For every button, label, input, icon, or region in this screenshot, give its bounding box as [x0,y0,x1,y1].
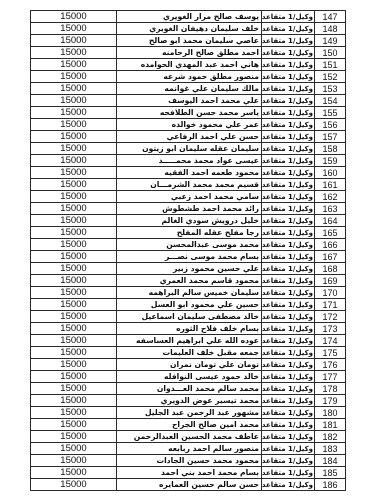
amount-cell: 15000 [31,107,117,119]
rank-cell: وكيل/1 متقاعد [262,95,315,107]
table-row: 15000 خليل درويش سودي الغالم وكيل/1 متقا… [31,215,346,227]
amount-cell: 15000 [31,179,117,191]
rank-cell: وكيل/1 متقاعد [262,191,315,203]
rank-cell: وكيل/1 متقاعد [262,419,315,431]
row-number-cell: 150 [315,47,346,59]
amount-cell: 15000 [31,95,117,107]
rank-cell: وكيل/1 متقاعد [262,455,315,467]
name-cell: تومان علي تومان نمران [117,359,262,371]
amount-cell: 15000 [31,419,117,431]
table-row: 15000 خلف سليمان دهيفان الغويري وكيل/1 م… [31,23,346,35]
amount-cell: 15000 [31,203,117,215]
name-cell: حسن علي احمد الرفاعي [117,131,262,143]
table-row: 15000 منصور مطلق حمود شرعه وكيل/1 متقاعد… [31,71,346,83]
amount-cell: 15000 [31,323,117,335]
rank-cell: وكيل/1 متقاعد [262,383,315,395]
row-number-cell: 186 [315,479,346,491]
table-row: 15000 محمود محمد حسين الجادات وكيل/1 متق… [31,455,346,467]
rank-cell: وكيل/1 متقاعد [262,167,315,179]
rank-cell: وكيل/1 متقاعد [262,479,315,491]
name-cell: محمد تيسير عوض الدويري [117,395,262,407]
amount-cell: 15000 [31,347,117,359]
rank-cell: وكيل/1 متقاعد [262,299,315,311]
row-number-cell: 181 [315,419,346,431]
name-cell: حسين علي محمود ابو العسل [117,299,262,311]
row-number-cell: 167 [315,251,346,263]
amount-cell: 15000 [31,287,117,299]
rank-cell: وكيل/1 متقاعد [262,155,315,167]
table-row: 15000 منصور سالم احمد ربابعه وكيل/1 متقا… [31,443,346,455]
row-number-cell: 172 [315,311,346,323]
table-row: 15000 رجا مفلح عقله المفلح وكيل/1 متقاعد… [31,227,346,239]
row-number-cell: 185 [315,467,346,479]
name-cell: سليمان عقله سليمان ابو زيتون [117,143,262,155]
rank-cell: وكيل/1 متقاعد [262,323,315,335]
rank-cell: وكيل/1 متقاعد [262,359,315,371]
row-number-cell: 156 [315,119,346,131]
table-row: 15000 بسام محمد احمد بني احمد وكيل/1 متق… [31,467,346,479]
table-row: 15000 علي محمد احمد اليوسف وكيل/1 متقاعد… [31,95,346,107]
name-cell: مالك سليمان علي غوانمه [117,83,262,95]
amount-cell: 15000 [31,479,117,491]
row-number-cell: 151 [315,59,346,71]
table-row: 15000 خالد مصطفى سليمان اسماعيل وكيل/1 م… [31,311,346,323]
amount-cell: 15000 [31,275,117,287]
rank-cell: وكيل/1 متقاعد [262,203,315,215]
rank-cell: وكيل/1 متقاعد [262,215,315,227]
table-row: 15000 علي حسين محمود زبير وكيل/1 متقاعد … [31,263,346,275]
rank-cell: وكيل/1 متقاعد [262,131,315,143]
row-number-cell: 178 [315,383,346,395]
table-row: 15000 احمد مطلق صالح الرحامنه وكيل/1 متق… [31,47,346,59]
row-number-cell: 152 [315,71,346,83]
amount-cell: 15000 [31,443,117,455]
row-number-cell: 163 [315,203,346,215]
row-number-cell: 177 [315,371,346,383]
name-cell: سامي محمد احمد زعبي [117,191,262,203]
table-row: 15000 رائد محمد احمد طشطوش وكيل/1 متقاعد… [31,203,346,215]
table-row: 15000 عيسى عواد محمد محمـــــد وكيل/1 مت… [31,155,346,167]
row-number-cell: 147 [315,11,346,23]
rank-cell: وكيل/1 متقاعد [262,35,315,47]
rank-cell: وكيل/1 متقاعد [262,11,315,23]
amount-cell: 15000 [31,11,117,23]
rank-cell: وكيل/1 متقاعد [262,59,315,71]
rank-cell: وكيل/1 متقاعد [262,143,315,155]
rank-cell: وكيل/1 متقاعد [262,227,315,239]
row-number-cell: 184 [315,455,346,467]
rank-cell: وكيل/1 متقاعد [262,263,315,275]
row-number-cell: 183 [315,443,346,455]
amount-cell: 15000 [31,395,117,407]
table-row: 15000 حسن سالم حسين العمايره وكيل/1 متقا… [31,479,346,491]
name-cell: منصور سالم احمد ربابعه [117,443,262,455]
table-row: 15000 يوسف صالح مرار الغويري وكيل/1 متقا… [31,11,346,23]
table-row: 15000 تومان علي تومان نمران وكيل/1 متقاع… [31,359,346,371]
amount-cell: 15000 [31,215,117,227]
amount-cell: 15000 [31,59,117,71]
rank-cell: وكيل/1 متقاعد [262,431,315,443]
rank-cell: وكيل/1 متقاعد [262,239,315,251]
table-row: 15000 محمد سالم محمد العـــدوان وكيل/1 م… [31,383,346,395]
rank-cell: وكيل/1 متقاعد [262,47,315,59]
rank-cell: وكيل/1 متقاعد [262,179,315,191]
table-row: 15000 سليمان خميس سالم البراهمه وكيل/1 م… [31,287,346,299]
table-row: 15000 محمد امين صالح الجراح وكيل/1 متقاع… [31,419,346,431]
name-cell: خلف سليمان دهيفان الغويري [117,23,262,35]
retirees-table: 15000 يوسف صالح مرار الغويري وكيل/1 متقا… [30,10,346,491]
name-cell: مشهور عبد الرحمن عبد الجليل [117,407,262,419]
table-row: 15000 محمود قاسم محمد العمري وكيل/1 متقا… [31,275,346,287]
row-number-cell: 175 [315,347,346,359]
table-row: 15000 محمد موسى عبدالمحسن وكيل/1 متقاعد … [31,239,346,251]
amount-cell: 15000 [31,359,117,371]
amount-cell: 15000 [31,407,117,419]
table-row: 15000 سامي محمد احمد زعبي وكيل/1 متقاعد … [31,191,346,203]
amount-cell: 15000 [31,371,117,383]
amount-cell: 15000 [31,383,117,395]
amount-cell: 15000 [31,83,117,95]
row-number-cell: 148 [315,23,346,35]
name-cell: بسام محمد موسى نصـــر [117,251,262,263]
table-row: 15000 ياسر محمد حسن الطلافحه وكيل/1 متقا… [31,107,346,119]
table-row: 15000 مالك سليمان علي غوانمه وكيل/1 متقا… [31,83,346,95]
row-number-cell: 153 [315,83,346,95]
amount-cell: 15000 [31,47,117,59]
table-row: 15000 حسن علي احمد الرفاعي وكيل/1 متقاعد… [31,131,346,143]
row-number-cell: 149 [315,35,346,47]
amount-cell: 15000 [31,119,117,131]
amount-cell: 15000 [31,143,117,155]
table-row: 15000 بسام محمد موسى نصـــر وكيل/1 متقاع… [31,251,346,263]
name-cell: سليمان خميس سالم البراهمه [117,287,262,299]
rank-cell: وكيل/1 متقاعد [262,335,315,347]
name-cell: بسام محمد احمد بني احمد [117,467,262,479]
row-number-cell: 170 [315,287,346,299]
name-cell: علي محمد احمد اليوسف [117,95,262,107]
name-cell: رائد محمد احمد طشطوش [117,203,262,215]
rank-cell: وكيل/1 متقاعد [262,443,315,455]
table-row: 15000 جمعه مقبل خلف العليمات وكيل/1 متقا… [31,347,346,359]
amount-cell: 15000 [31,467,117,479]
table-row: 15000 حسين علي محمود ابو العسل وكيل/1 مت… [31,299,346,311]
amount-cell: 15000 [31,299,117,311]
row-number-cell: 166 [315,239,346,251]
row-number-cell: 171 [315,299,346,311]
name-cell: قسيم محمد محمد الشرمـــان [117,179,262,191]
name-cell: بسام خلف فلاح الثوره [117,323,262,335]
name-cell: جمعه مقبل خلف العليمات [117,347,262,359]
amount-cell: 15000 [31,455,117,467]
table-row: 15000 سليمان عقله سليمان ابو زيتون وكيل/… [31,143,346,155]
name-cell: محمود قاسم محمد العمري [117,275,262,287]
amount-cell: 15000 [31,155,117,167]
table-row: 15000 محمود طعمه احمد الفقيه وكيل/1 متقا… [31,167,346,179]
rank-cell: وكيل/1 متقاعد [262,407,315,419]
name-cell: خالد مصطفى سليمان اسماعيل [117,311,262,323]
amount-cell: 15000 [31,263,117,275]
table-row: 15000 قسيم محمد محمد الشرمـــان وكيل/1 م… [31,179,346,191]
amount-cell: 15000 [31,131,117,143]
row-number-cell: 174 [315,335,346,347]
table-row: 15000 عاطف محمد الحسين العبدالرحمن وكيل/… [31,431,346,443]
row-number-cell: 154 [315,95,346,107]
row-number-cell: 164 [315,215,346,227]
amount-cell: 15000 [31,71,117,83]
rank-cell: وكيل/1 متقاعد [262,395,315,407]
amount-cell: 15000 [31,431,117,443]
table-row: 15000 بسام خلف فلاح الثوره وكيل/1 متقاعد… [31,323,346,335]
name-cell: يوسف صالح مرار الغويري [117,11,262,23]
name-cell: خالد حمود عيسى النوافله [117,371,262,383]
rank-cell: وكيل/1 متقاعد [262,251,315,263]
name-cell: محمود محمد حسين الجادات [117,455,262,467]
table-row: 15000 هاني احمد عبد المهدي الحوامده وكيل… [31,59,346,71]
rank-cell: وكيل/1 متقاعد [262,311,315,323]
amount-cell: 15000 [31,335,117,347]
name-cell: عمر علي محمود خوالده [117,119,262,131]
amount-cell: 15000 [31,23,117,35]
row-number-cell: 157 [315,131,346,143]
amount-cell: 15000 [31,167,117,179]
row-number-cell: 179 [315,395,346,407]
amount-cell: 15000 [31,227,117,239]
table-row: 15000 محمد تيسير عوض الدويري وكيل/1 متقا… [31,395,346,407]
table-row: 15000 عوده الله علي ابراهيم العساسفه وكي… [31,335,346,347]
name-cell: منصور مطلق حمود شرعه [117,71,262,83]
rank-cell: وكيل/1 متقاعد [262,107,315,119]
rank-cell: وكيل/1 متقاعد [262,467,315,479]
amount-cell: 15000 [31,239,117,251]
name-cell: هاني احمد عبد المهدي الحوامده [117,59,262,71]
row-number-cell: 182 [315,431,346,443]
name-cell: احمد مطلق صالح الرحامنه [117,47,262,59]
table-row: 15000 خالد حمود عيسى النوافله وكيل/1 متق… [31,371,346,383]
row-number-cell: 158 [315,143,346,155]
rank-cell: وكيل/1 متقاعد [262,275,315,287]
row-number-cell: 165 [315,227,346,239]
rank-cell: وكيل/1 متقاعد [262,371,315,383]
name-cell: خليل درويش سودي الغالم [117,215,262,227]
table-row: 15000 عمر علي محمود خوالده وكيل/1 متقاعد… [31,119,346,131]
row-number-cell: 169 [315,275,346,287]
name-cell: محمد موسى عبدالمحسن [117,239,262,251]
name-cell: محمد امين صالح الجراح [117,419,262,431]
name-cell: ياسر محمد حسن الطلافحه [117,107,262,119]
name-cell: محمود طعمه احمد الفقيه [117,167,262,179]
rank-cell: وكيل/1 متقاعد [262,23,315,35]
name-cell: محمد سالم محمد العـــدوان [117,383,262,395]
retirees-table-body: 15000 يوسف صالح مرار الغويري وكيل/1 متقا… [31,11,346,491]
name-cell: عوده الله علي ابراهيم العساسفه [117,335,262,347]
row-number-cell: 176 [315,359,346,371]
amount-cell: 15000 [31,35,117,47]
row-number-cell: 161 [315,179,346,191]
rank-cell: وكيل/1 متقاعد [262,347,315,359]
table-row: 15000 عاصي سليمان محمد ابو صالح وكيل/1 م… [31,35,346,47]
rank-cell: وكيل/1 متقاعد [262,287,315,299]
table-row: 15000 مشهور عبد الرحمن عبد الجليل وكيل/1… [31,407,346,419]
amount-cell: 15000 [31,251,117,263]
rank-cell: وكيل/1 متقاعد [262,71,315,83]
name-cell: عيسى عواد محمد محمـــــد [117,155,262,167]
amount-cell: 15000 [31,191,117,203]
row-number-cell: 159 [315,155,346,167]
row-number-cell: 162 [315,191,346,203]
name-cell: عاصي سليمان محمد ابو صالح [117,35,262,47]
rank-cell: وكيل/1 متقاعد [262,83,315,95]
row-number-cell: 168 [315,263,346,275]
name-cell: حسن سالم حسين العمايره [117,479,262,491]
name-cell: رجا مفلح عقله المفلح [117,227,262,239]
name-cell: عاطف محمد الحسين العبدالرحمن [117,431,262,443]
row-number-cell: 180 [315,407,346,419]
row-number-cell: 173 [315,323,346,335]
rank-cell: وكيل/1 متقاعد [262,119,315,131]
row-number-cell: 160 [315,167,346,179]
amount-cell: 15000 [31,311,117,323]
name-cell: علي حسين محمود زبير [117,263,262,275]
row-number-cell: 155 [315,107,346,119]
